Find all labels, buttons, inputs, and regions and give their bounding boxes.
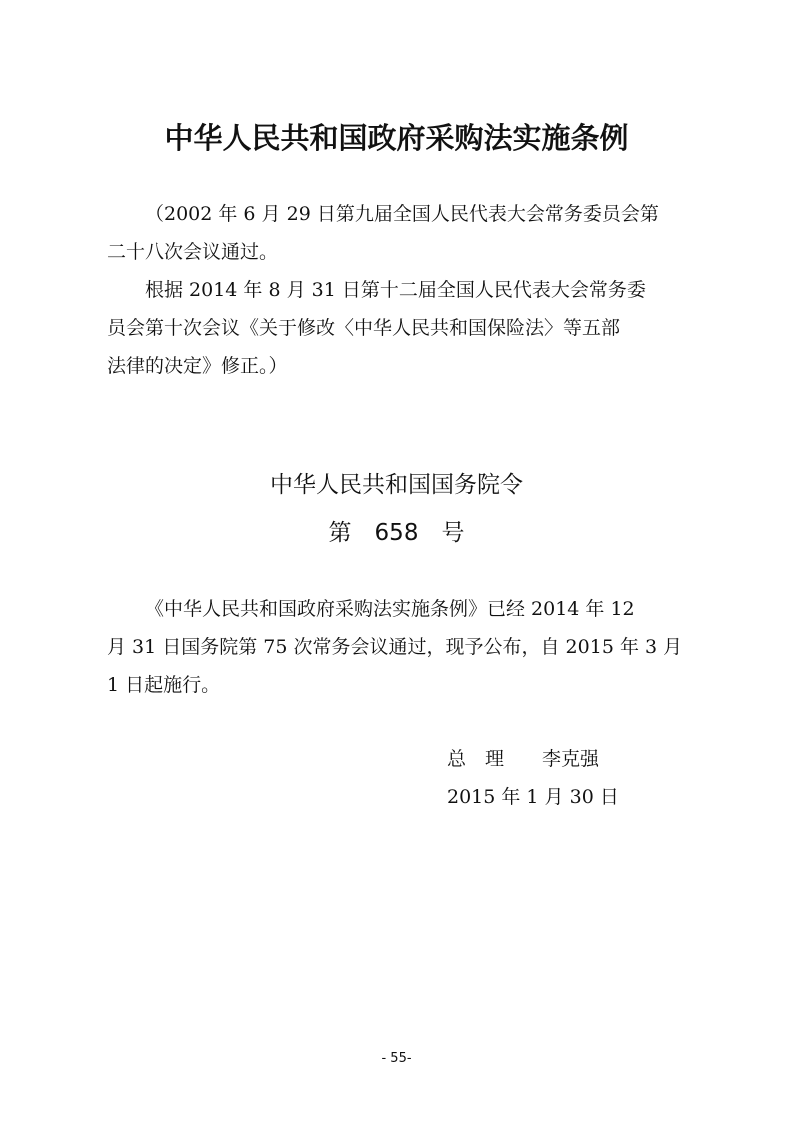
order-number: 第 658 号 [0,514,793,547]
page-number: - 55- [0,1051,793,1066]
note-line: 员会第十次会议《关于修改〈中华人民共和国保险法〉等五部 [107,309,687,347]
note-line: 根据 2014 年 8 月 31 日第十二届全国人民代表大会常务委 [107,271,687,309]
note-line: 法律的决定》修正。） [107,347,687,385]
note-line: （2002 年 6 月 29 日第九届全国人民代表大会常务委员会第 [107,195,687,233]
note-line: 二十八次会议通过。 [107,233,687,271]
signatory: 总 理 李克强 [447,740,599,778]
decree-body: 《中华人民共和国政府采购法实施条例》已经 2014 年 12 月 31 日国务院… [107,590,687,704]
body-line: 《中华人民共和国政府采购法实施条例》已经 2014 年 12 [107,590,687,628]
document-title: 中华人民共和国政府采购法实施条例 [0,116,793,157]
order-issuer: 中华人民共和国国务院令 [0,466,793,499]
body-line: 月 31 日国务院第 75 次常务会议通过，现予公布，自 2015 年 3 月 [107,628,687,666]
signature-date: 2015 年 1 月 30 日 [447,778,619,816]
document-page: 中华人民共和国政府采购法实施条例 （2002 年 6 月 29 日第九届全国人民… [0,0,793,1122]
body-line: 1 日起施行。 [107,666,687,704]
amendment-note: （2002 年 6 月 29 日第九届全国人民代表大会常务委员会第 二十八次会议… [107,195,687,385]
